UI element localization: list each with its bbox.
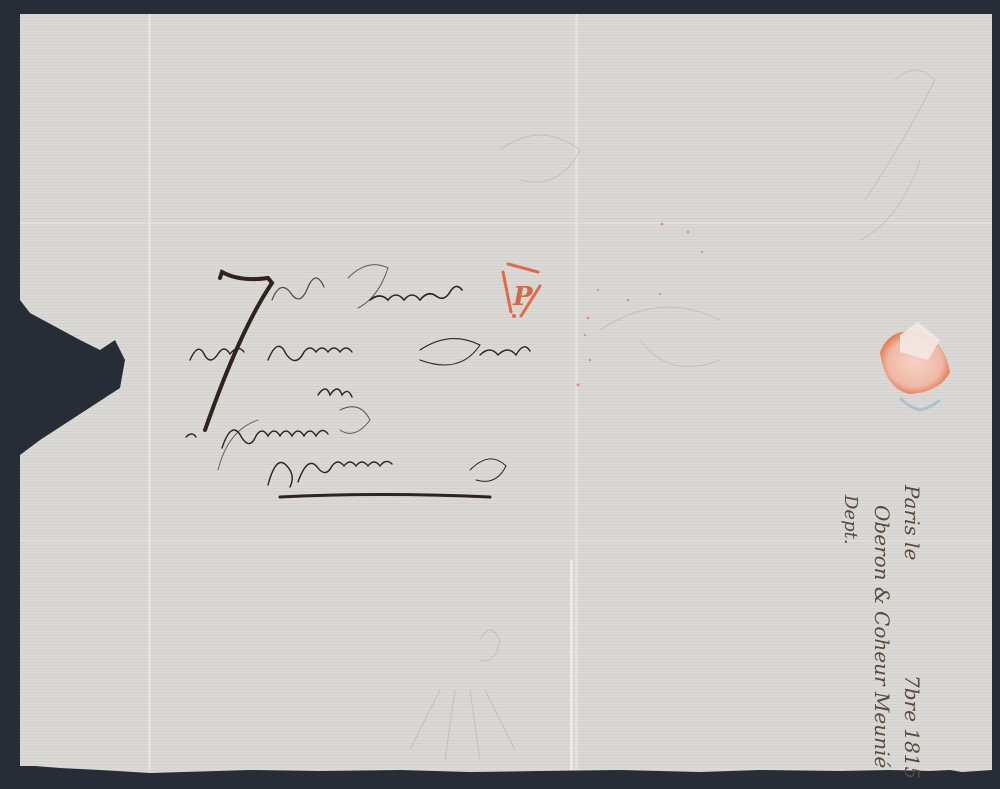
svg-text:Oberon & Coheur Meunié: Oberon & Coheur Meunié bbox=[870, 505, 894, 768]
letter-paper: P Paris le 7bre 1815 Oberon & Coheur Meu… bbox=[0, 0, 1000, 789]
svg-text:Paris le: Paris le bbox=[900, 484, 924, 560]
svg-text:Dept.: Dept. bbox=[840, 494, 861, 545]
postal-stamp-letter: P bbox=[512, 282, 534, 312]
svg-text:7bre 1815: 7bre 1815 bbox=[900, 675, 924, 779]
scanned-letter: P Paris le 7bre 1815 Oberon & Coheur Meu… bbox=[0, 0, 1000, 789]
